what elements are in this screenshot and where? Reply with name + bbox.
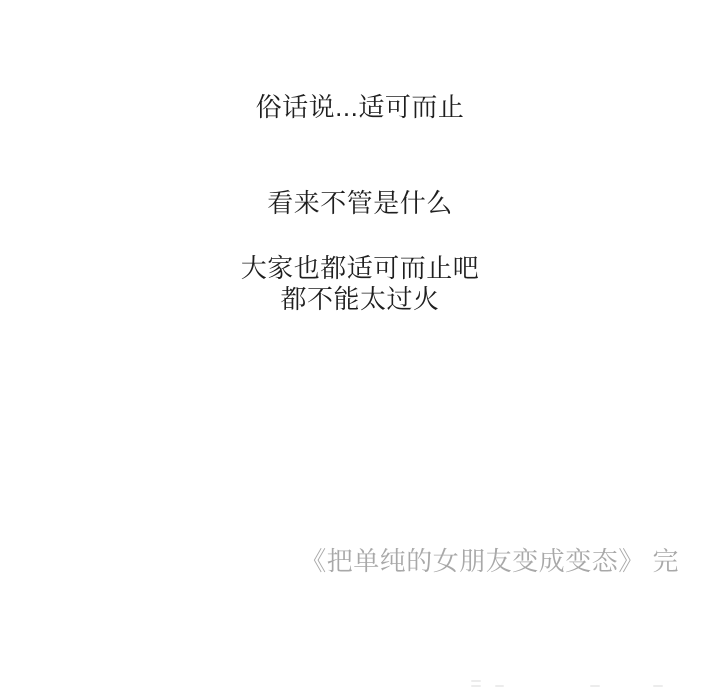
page-artifact xyxy=(590,685,600,687)
page-artifact xyxy=(653,685,663,687)
page-artifact xyxy=(471,680,481,682)
narration-line-3: 都不能太过火 xyxy=(0,283,720,315)
series-end-credit: 《把单纯的女朋友变成变态》 完 xyxy=(300,545,679,577)
page-artifact xyxy=(495,685,504,687)
page-artifact xyxy=(471,685,481,687)
comic-page: 俗话说...适可而止 看来不管是什么 都不能太过火 大家也都适可而止吧 《把单纯… xyxy=(0,0,720,700)
narration-line-2: 看来不管是什么 xyxy=(0,187,720,219)
narration-block-top: 俗话说...适可而止 看来不管是什么 都不能太过火 xyxy=(0,27,720,379)
narration-line-1: 俗话说...适可而止 xyxy=(0,91,720,123)
narration-block-middle: 大家也都适可而止吧 xyxy=(0,252,720,284)
